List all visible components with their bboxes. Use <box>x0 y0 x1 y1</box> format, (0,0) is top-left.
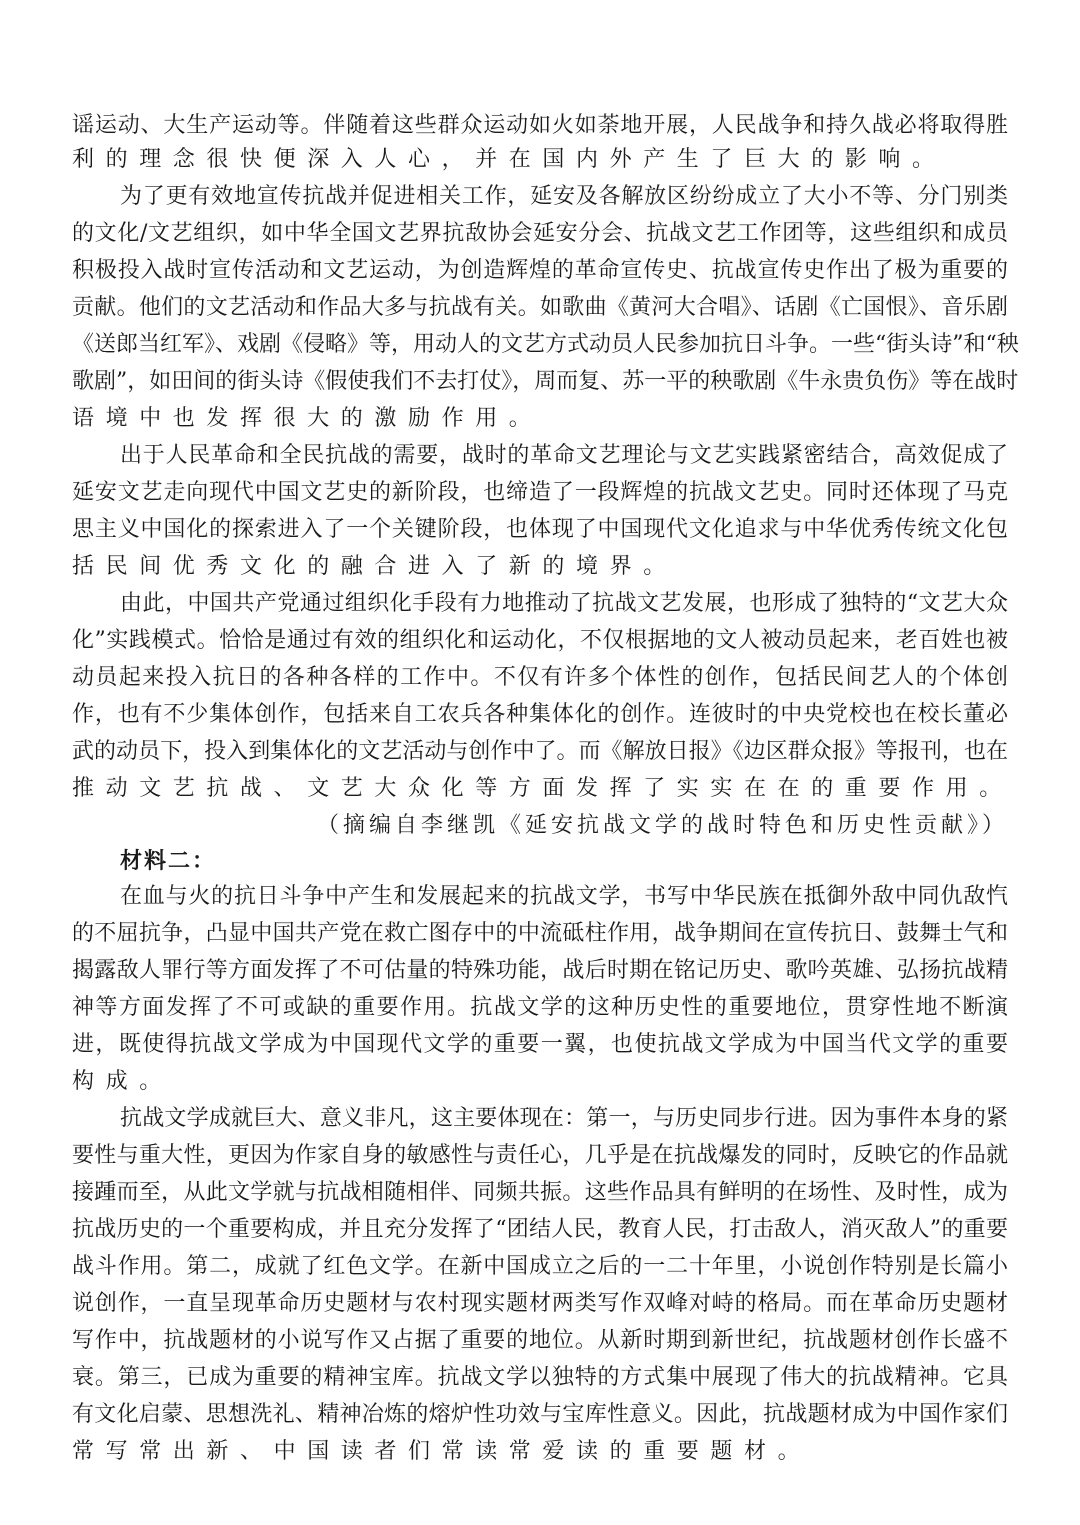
text-line: 构成。 <box>72 1067 1008 1097</box>
text-line: 进，既使得抗战文学成为中国现代文学的重要一翼，也使抗战文学成为中国当代文学的重要 <box>72 1030 1008 1060</box>
text-line: 武的动员下，投入到集体化的文艺活动与创作中了。而《解放日报》《边区群众报》等报刊… <box>72 737 1008 767</box>
text-line: 的文化/文艺组织，如中华全国文艺界抗敌协会延安分会、抗战文艺工作团等，这些组织和… <box>72 219 1008 249</box>
text-line: 括民间优秀文化的融合进入了新的境界。 <box>72 552 1008 582</box>
text-line: 歌剧”，如田间的街头诗《假使我们不去打仗》，周而复、苏一平的秧歌剧《牛永贵负伤》… <box>72 367 1008 397</box>
text-line: 说创作，一直呈现革命历史题材与农村现实题材两类写作双峰对峙的格局。而在革命历史题… <box>72 1289 1008 1319</box>
text-line: 有文化启蒙、思想洗礼、精神冶炼的熔炉性功效与宝库性意义。因此，抗战题材成为中国作… <box>72 1400 1008 1430</box>
text-line: 由此，中国共产党通过组织化手段有力地推动了抗战文艺发展，也形成了独特的“文艺大众 <box>120 589 1008 619</box>
text-line: 衰。第三，已成为重要的精神宝库。抗战文学以独特的方式集中展现了伟大的抗战精神。它… <box>72 1363 1008 1393</box>
text-line: 积极投入战时宣传活动和文艺运动，为创造辉煌的革命宣传史、抗战宣传史作出了极为重要… <box>72 256 1008 286</box>
text-line: 思主义中国化的探索进入了一个关键阶段，也体现了中国现代文化追求与中华优秀传统文化… <box>72 515 1008 545</box>
text-line: 抗战文学成就巨大、意义非凡，这主要体现在：第一，与历史同步行进。因为事件本身的紧 <box>120 1104 1008 1134</box>
text-line: 语境中也发挥很大的激励作用。 <box>72 404 1008 434</box>
text-line: 《送郎当红军》、戏剧《侵略》等，用动人的文艺方式动员人民参加抗日斗争。一些“街头… <box>72 330 1008 360</box>
text-line: 贡献。他们的文艺活动和作品大多与抗战有关。如歌曲《黄河大合唱》、话剧《亡国恨》、… <box>72 293 1008 323</box>
source-citation: （摘编自李继凯《延安抗战文学的战时特色和历史性贡献》） <box>72 811 1008 841</box>
text-line: 动员起来投入抗日的各种各样的工作中。不仅有许多个体性的创作，包括民间艺人的个体创 <box>72 663 1008 693</box>
text-line: 为了更有效地宣传抗战并促进相关工作，延安及各解放区纷纷成立了大小不等、分门别类 <box>120 182 1008 212</box>
text-line: 战斗作用。第二，成就了红色文学。在新中国成立之后的一二十年里，小说创作特别是长篇… <box>72 1252 1008 1282</box>
text-line: 的不屈抗争，凸显中国共产党在救亡图存中的中流砥柱作用，战争期间在宣传抗日、鼓舞士… <box>72 919 1008 949</box>
text-line: 接踵而至，从此文学就与抗战相随相伴、同频共振。这些作品具有鲜明的在场性、及时性，… <box>72 1178 1008 1208</box>
text-line: 常写常出新、中国读者们常读常爱读的重要题材。 <box>72 1437 1008 1467</box>
exam-page: 谣运动、大生产运动等。伴随着这些群众运动如火如荼地开展，人民战争和持久战必将取得… <box>0 0 1080 1525</box>
text-line: 写作中，抗战题材的小说写作又占据了重要的地位。从新时期到新世纪，抗战题材创作长盛… <box>72 1326 1008 1356</box>
text-line: 谣运动、大生产运动等。伴随着这些群众运动如火如荼地开展，人民战争和持久战必将取得… <box>72 111 1008 141</box>
text-line: 推动文艺抗战、文艺大众化等方面发挥了实实在在的重要作用。 <box>72 774 1008 804</box>
text-line: 揭露敌人罪行等方面发挥了不可估量的特殊功能，战后时期在铭记历史、歌吟英雄、弘扬抗… <box>72 956 1008 986</box>
text-line: 作，也有不少集体创作，包括来自工农兵各种集体化的创作。连彼时的中央党校也在校长董… <box>72 700 1008 730</box>
text-line: 神等方面发挥了不可或缺的重要作用。抗战文学的这种历史性的重要地位，贯穿性地不断演 <box>72 993 1008 1023</box>
text-line: 出于人民革命和全民抗战的需要，战时的革命文艺理论与文艺实践紧密结合，高效促成了 <box>120 441 1008 471</box>
text-line: 要性与重大性，更因为作家自身的敏感性与责任心，几乎是在抗战爆发的同时，反映它的作… <box>72 1141 1008 1171</box>
material-heading: 材料二： <box>120 846 216 876</box>
text-line: 抗战历史的一个重要构成，并且充分发挥了“团结人民，教育人民，打击敌人，消灭敌人”… <box>72 1215 1008 1245</box>
text-line: 在血与火的抗日斗争中产生和发展起来的抗战文学，书写中华民族在抵御外敌中同仇敌忾 <box>120 882 1008 912</box>
text-line: 化”实践模式。恰恰是通过有效的组织化和运动化，不仅根据地的文人被动员起来，老百姓… <box>72 626 1008 656</box>
text-line: 利的理念很快便深入人心，并在国内外产生了巨大的影响。 <box>72 145 1008 175</box>
text-line: 延安文艺走向现代中国文艺史的新阶段，也缔造了一段辉煌的抗战文艺史。同时还体现了马… <box>72 478 1008 508</box>
